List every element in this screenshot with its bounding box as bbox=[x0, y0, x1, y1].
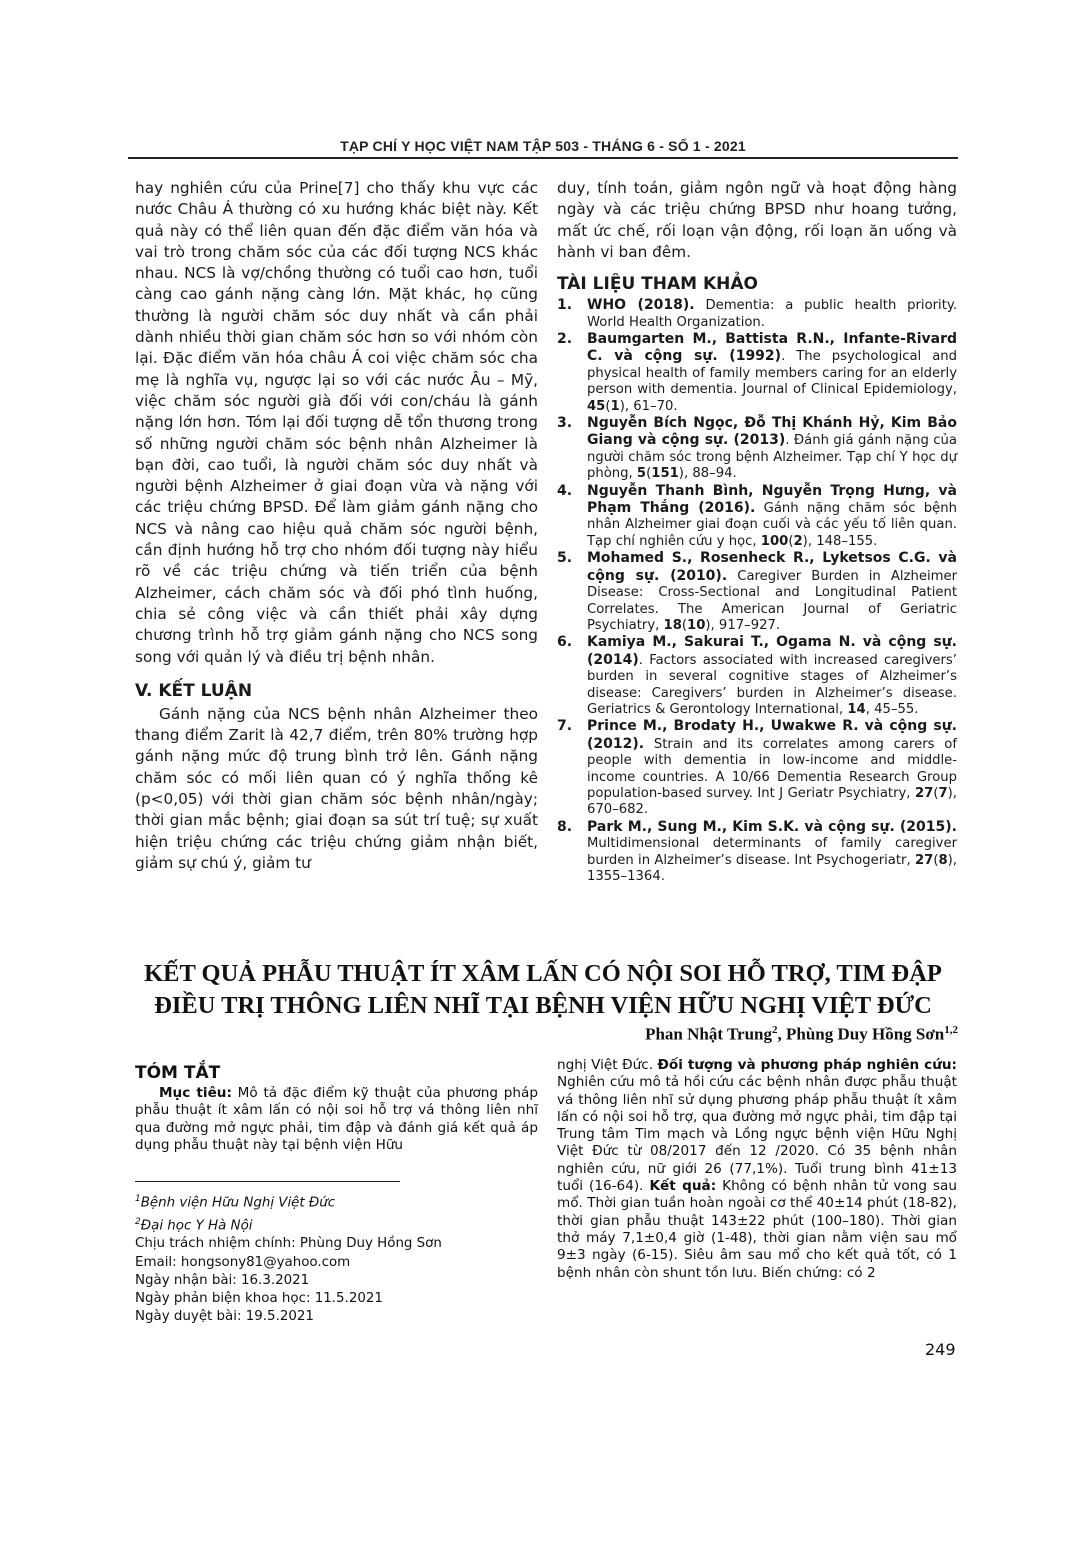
reference-volume: 100 bbox=[761, 534, 789, 549]
references-heading: TÀI LIỆU THAM KHẢO bbox=[557, 273, 957, 295]
article-title-line-2: ĐIỀU TRỊ THÔNG LIÊN NHĨ TẠI BỆNH VIỆN HỮ… bbox=[128, 990, 958, 1022]
corresponding-author: Chịu trách nhiệm chính: Phùng Duy Hồng S… bbox=[135, 1235, 555, 1253]
author-separator: , bbox=[778, 1025, 787, 1044]
reference-volume: 27 bbox=[915, 786, 933, 801]
journal-page: TẠP CHÍ Y HỌC VIỆT NAM TẬP 503 - THÁNG 6… bbox=[0, 0, 1090, 1541]
received-date: Ngày nhận bài: 16.3.2021 bbox=[135, 1272, 555, 1290]
reference-item: 8.Park M., Sung M., Kim S.K. và cộng sự.… bbox=[557, 819, 957, 886]
reference-issue: 10 bbox=[687, 618, 705, 633]
reference-pages: , 45–55. bbox=[866, 702, 919, 717]
reference-item: 3.Nguyễn Bích Ngọc, Đỗ Thị Khánh Hỷ, Kim… bbox=[557, 415, 957, 483]
reference-volume: 5 bbox=[637, 466, 646, 481]
reference-number: 6. bbox=[557, 634, 572, 650]
conclusion-paragraph: Gánh nặng của NCS bệnh nhân Alzheimer th… bbox=[135, 704, 538, 874]
running-header: TẠP CHÍ Y HỌC VIỆT NAM TẬP 503 - THÁNG 6… bbox=[128, 138, 958, 154]
reference-item: 4.Nguyễn Thanh Bình, Nguyễn Trọng Hưng, … bbox=[557, 483, 957, 551]
article-title: KẾT QUẢ PHẪU THUẬT ÍT XÂM LẤN CÓ NỘI SOI… bbox=[128, 958, 958, 1022]
reference-item: 5.Mohamed S., Rosenheck R., Lyketsos C.G… bbox=[557, 550, 957, 634]
affiliation-2: 2Đại học Y Hà Nội bbox=[135, 1213, 555, 1236]
reference-pages: ), 917–927. bbox=[705, 618, 780, 633]
abstract-text: nghị Việt Đức. bbox=[557, 1057, 658, 1073]
results-label: Kết quả: bbox=[649, 1178, 716, 1194]
reference-number: 4. bbox=[557, 483, 572, 499]
abstract-right: nghị Việt Đức. Đối tượng và phương pháp … bbox=[557, 1057, 957, 1282]
article-title-line-1: KẾT QUẢ PHẪU THUẬT ÍT XÂM LẤN CÓ NỘI SOI… bbox=[128, 958, 958, 990]
abstract-objective: Mục tiêu: Mô tả đặc điểm kỹ thuật của ph… bbox=[135, 1085, 538, 1154]
reference-volume: 45 bbox=[587, 399, 605, 414]
reference-number: 2. bbox=[557, 331, 572, 347]
reference-pages: ), 148–155. bbox=[803, 534, 878, 549]
reference-pages: ), 61–70. bbox=[620, 399, 678, 414]
author-name: Phan Nhật Trung bbox=[645, 1025, 772, 1044]
reference-item: 2.Baumgarten M., Battista R.N., Infante-… bbox=[557, 331, 957, 415]
accepted-date: Ngày duyệt bài: 19.5.2021 bbox=[135, 1308, 555, 1326]
footnote-divider bbox=[135, 1181, 400, 1182]
abstract-continuation: nghị Việt Đức. Đối tượng và phương pháp … bbox=[557, 1057, 957, 1282]
reference-number: 1. bbox=[557, 297, 572, 313]
methods-label: Đối tượng và phương pháp nghiên cứu: bbox=[658, 1057, 957, 1073]
reference-list: 1.WHO (2018). Dementia: a public health … bbox=[557, 297, 957, 885]
abstract-left: TÓM TẮT Mục tiêu: Mô tả đặc điểm kỹ thuậ… bbox=[135, 1062, 538, 1154]
abstract-heading: TÓM TẮT bbox=[135, 1062, 538, 1084]
left-column: hay nghiên cứu của Prine[7] cho thấy khu… bbox=[135, 178, 538, 874]
affiliation-1: 1Bệnh viện Hữu Nghị Việt Đức bbox=[135, 1190, 555, 1213]
affiliation-text: Bệnh viện Hữu Nghị Việt Đức bbox=[141, 1195, 335, 1210]
discussion-paragraph: hay nghiên cứu của Prine[7] cho thấy khu… bbox=[135, 178, 538, 668]
reference-item: 7.Prince M., Brodaty H., Uwakwe R. và cộ… bbox=[557, 718, 957, 818]
reference-item: 1.WHO (2018). Dementia: a public health … bbox=[557, 297, 957, 331]
reference-issue: 7 bbox=[938, 786, 947, 801]
reference-issue: 2 bbox=[793, 534, 802, 549]
reference-pages: ), 88–94. bbox=[679, 466, 737, 481]
reference-number: 8. bbox=[557, 819, 572, 835]
reference-authors: Park M., Sung M., Kim S.K. và cộng sự. (… bbox=[587, 819, 957, 835]
reference-authors: WHO (2018). bbox=[587, 297, 695, 313]
author-name: Phùng Duy Hồng Sơn bbox=[786, 1025, 944, 1044]
right-column: duy, tính toán, giảm ngôn ngữ và hoạt độ… bbox=[557, 178, 957, 885]
reference-volume: 14 bbox=[847, 702, 865, 717]
reference-number: 7. bbox=[557, 718, 572, 734]
conclusion-heading: V. KẾT LUẬN bbox=[135, 680, 538, 702]
review-date: Ngày phản biện khoa học: 11.5.2021 bbox=[135, 1290, 555, 1308]
reference-issue: 8 bbox=[938, 853, 947, 868]
header-divider bbox=[128, 157, 958, 159]
conclusion-continuation: duy, tính toán, giảm ngôn ngữ và hoạt độ… bbox=[557, 178, 957, 263]
reference-text: Multidimensional determinants of family … bbox=[587, 836, 957, 867]
email-line[interactable]: Email: hongsony81@yahoo.com bbox=[135, 1254, 555, 1272]
reference-volume: 27 bbox=[915, 853, 933, 868]
author-affiliation-marker: 1,2 bbox=[944, 1024, 958, 1036]
methods-text: Nghiên cứu mô tả hồi cứu các bệnh nhân đ… bbox=[557, 1074, 957, 1194]
objective-label: Mục tiêu: bbox=[159, 1085, 232, 1101]
article-authors: Phan Nhật Trung2, Phùng Duy Hồng Sơn1,2 bbox=[645, 1024, 958, 1045]
reference-volume: 18 bbox=[664, 618, 682, 633]
reference-number: 3. bbox=[557, 415, 572, 431]
reference-item: 6.Kamiya M., Sakurai T., Ogama N. và cộn… bbox=[557, 634, 957, 718]
reference-number: 5. bbox=[557, 550, 572, 566]
reference-issue: 1 bbox=[611, 399, 620, 414]
affiliation-text: Đại học Y Hà Nội bbox=[141, 1218, 253, 1233]
reference-issue: 151 bbox=[651, 466, 679, 481]
footnotes: 1Bệnh viện Hữu Nghị Việt Đức 2Đại học Y … bbox=[135, 1190, 555, 1326]
page-number: 249 bbox=[925, 1340, 956, 1359]
